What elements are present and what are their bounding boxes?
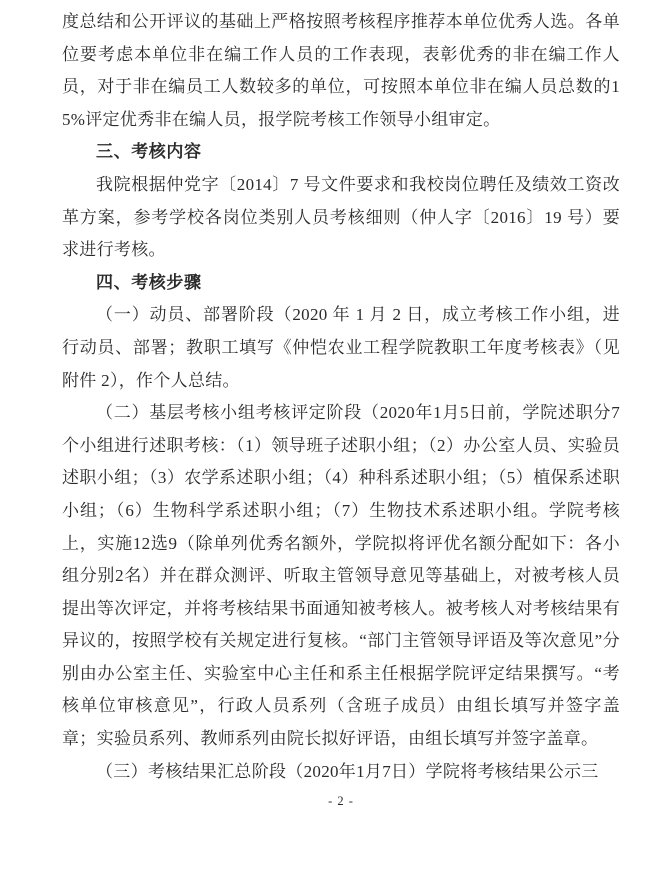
section-heading-assessment-content: 三、考核内容 (62, 136, 620, 169)
page-number: - 2 - (62, 794, 620, 809)
document-page: 度总结和公开评议的基础上严格按照考核程序推荐本单位优秀人选。各单位要考虑本单位非… (0, 0, 656, 887)
paragraph-continuation: 度总结和公开评议的基础上严格按照考核程序推荐本单位优秀人选。各单位要考虑本单位非… (62, 6, 620, 136)
paragraph-assessment-content: 我院根据仲党字〔2014〕7 号文件要求和我校岗位聘任及绩效工资改革方案，参考学… (62, 169, 620, 267)
paragraph-step-3-result-summary: （三）考核结果汇总阶段（2020年1月7日）学院将考核结果公示三 (62, 756, 620, 789)
section-heading-assessment-steps: 四、考核步骤 (62, 267, 620, 300)
paragraph-step-2-group-evaluation: （二）基层考核小组考核评定阶段（2020年1月5日前，学院述职分7个小组进行述职… (62, 397, 620, 756)
paragraph-step-1-mobilization: （一）动员、部署阶段（2020 年 1 月 2 日，成立考核工作小组，进行动员、… (62, 299, 620, 397)
